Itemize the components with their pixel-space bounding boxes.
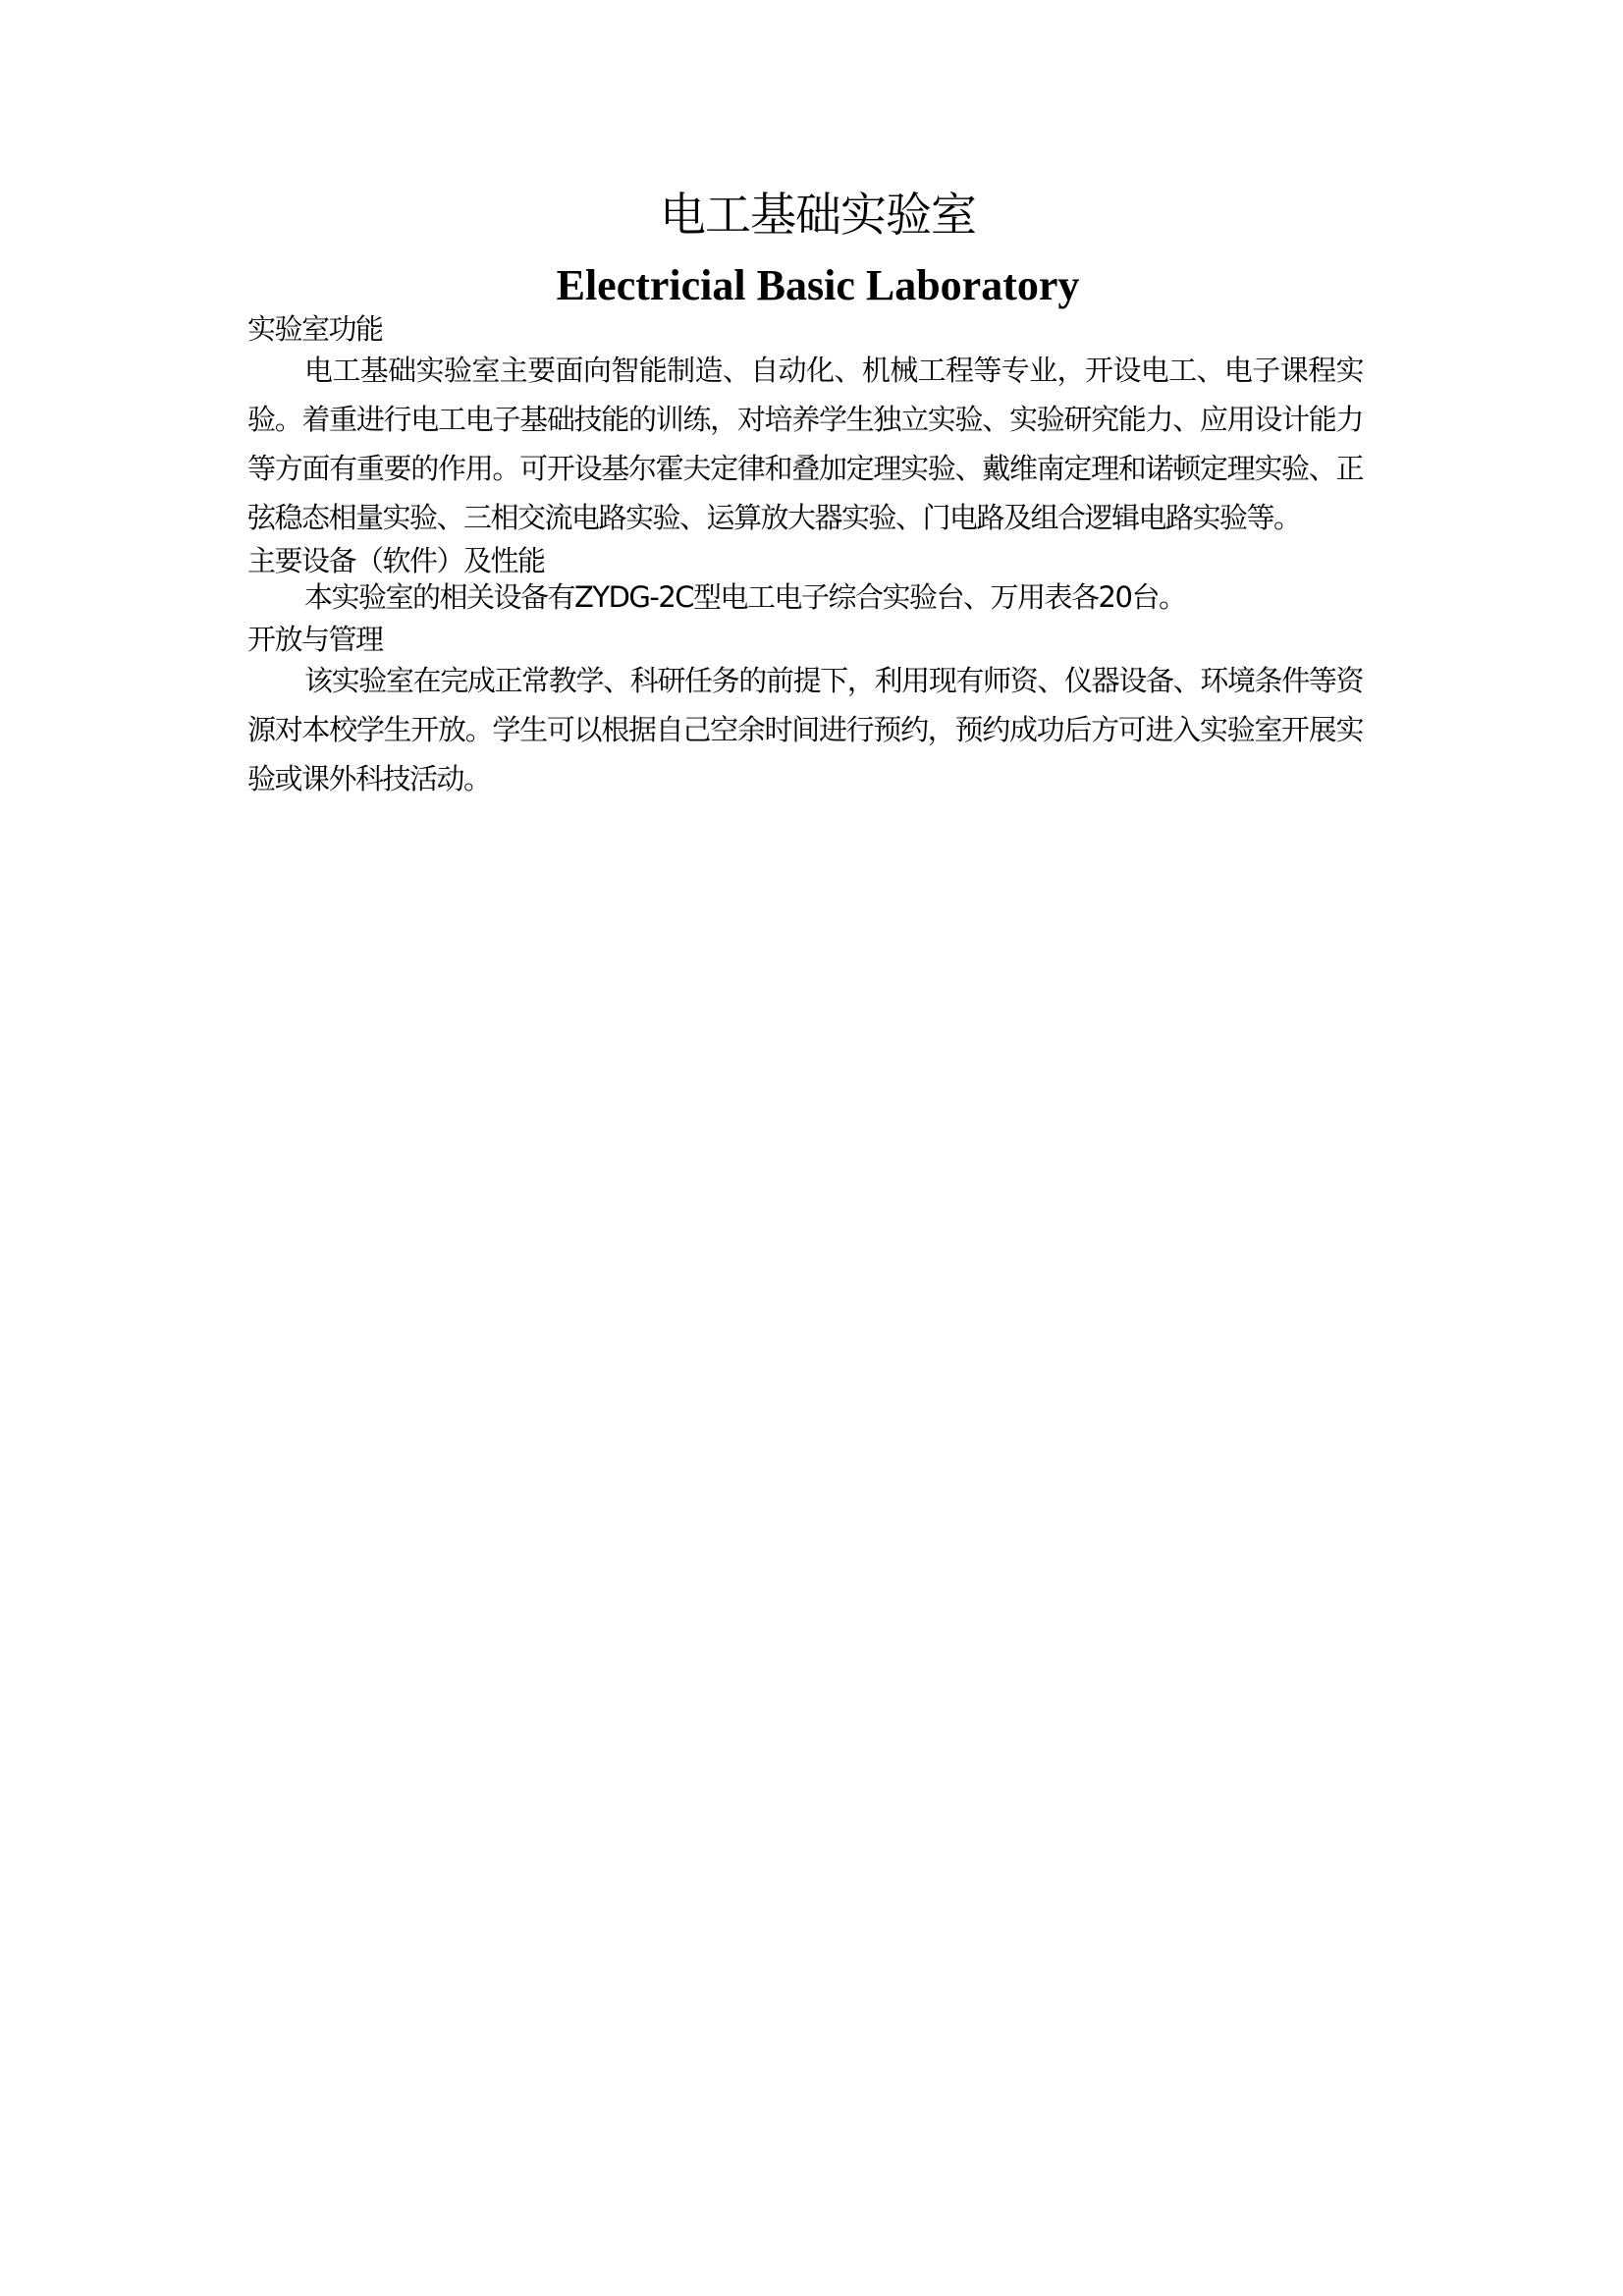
- section-lab-functions: 实验室功能 电工基础实验室主要面向智能制造、自动化、机械工程等专业，开设电工、电…: [247, 312, 1363, 542]
- section-heading-open-management: 开放与管理: [247, 623, 1363, 656]
- document-title-chinese: 电工基础实验室: [247, 187, 1363, 246]
- section-main-equipment: 主要设备（软件）及性能 本实验室的相关设备有ZYDG-2C型电工电子综合实验台、…: [247, 544, 1363, 617]
- document-page: 电工基础实验室 Electricial Basic Laboratory 实验室…: [247, 187, 1363, 803]
- section-heading-lab-functions: 实验室功能: [247, 312, 1363, 346]
- document-title-english: Electricial Basic Laboratory: [247, 261, 1363, 310]
- section-paragraph-open-management: 该实验室在完成正常教学、科研任务的前提下，利用现有师资、仪器设备、环境条件等资源…: [247, 656, 1363, 803]
- section-heading-main-equipment: 主要设备（软件）及性能: [247, 544, 1363, 577]
- section-paragraph-main-equipment: 本实验室的相关设备有ZYDG-2C型电工电子综合实验台、万用表各20台。: [247, 577, 1363, 617]
- section-open-management: 开放与管理 该实验室在完成正常教学、科研任务的前提下，利用现有师资、仪器设备、环…: [247, 623, 1363, 803]
- section-paragraph-lab-functions: 电工基础实验室主要面向智能制造、自动化、机械工程等专业，开设电工、电子课程实验。…: [247, 346, 1363, 542]
